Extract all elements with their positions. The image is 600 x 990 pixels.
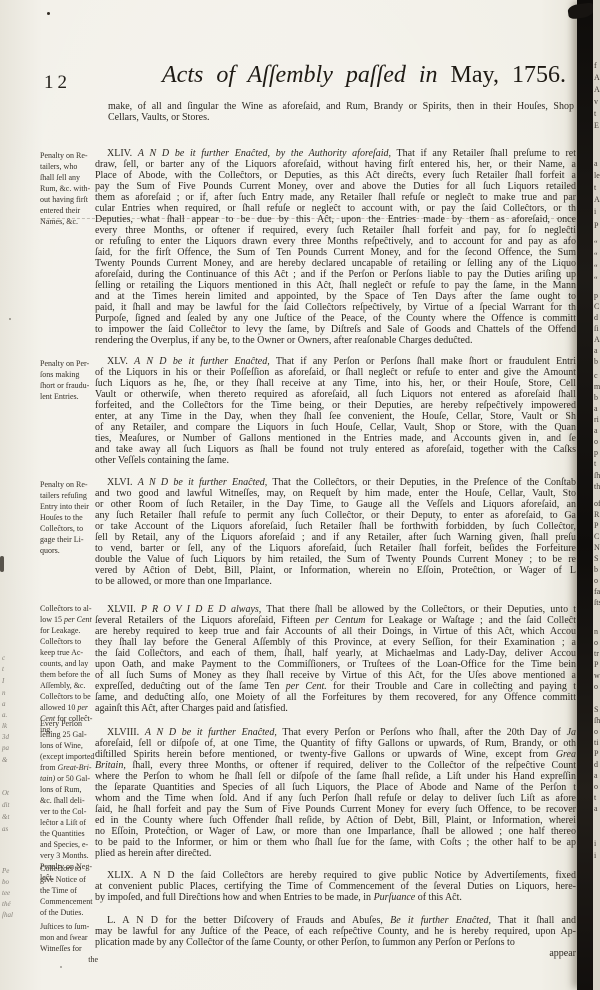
facing-page-text-fragment: p — [594, 292, 598, 300]
facing-page-text-fragment: “ — [594, 276, 598, 284]
facing-page-text-fragment: ſh — [594, 472, 600, 480]
margin-note-XLVII: Colleĉtors to al-low 15 per Centfor Leak… — [40, 603, 98, 735]
scanned-page: 12 Acts of Aſſembly paſſed in May, 1756.… — [0, 0, 600, 990]
text-line: Purpoſe, ſigned and ſealed by any one Ju… — [95, 313, 576, 324]
ink-speck — [47, 12, 50, 15]
section-body-XLIV: XLIV. A N D be it further Enaĉted, by th… — [95, 148, 576, 346]
text-line: or refuſing to enter the Liquors drawn e… — [95, 236, 576, 247]
facing-page-text-fragment: ſts — [594, 599, 600, 607]
margin-note-line: counts, and lay — [40, 658, 98, 669]
text-line: draw, ſell, or barter any of the Liquors… — [95, 159, 576, 170]
margin-note-XLVIII: Every Perſonſelling 25 Gal-lons of Wine,… — [40, 718, 98, 883]
text-line: aforeſaid, during the Continuance of thi… — [95, 269, 576, 280]
bleedthrough-text-fragment: & — [2, 757, 7, 764]
margin-note-line: Witneſſes for — [40, 943, 98, 954]
facing-page-text-fragment: N — [594, 544, 600, 552]
bleedthrough-text-fragment: Ot — [2, 790, 9, 797]
margin-note-line: ſelling 25 Gal- — [40, 729, 98, 740]
text-line: ſaid, for the firſt Offence, the Sum of … — [95, 247, 576, 258]
text-line: ſelling or retailing the Liquors mention… — [95, 280, 576, 291]
facing-page-text-fragment: S — [594, 555, 598, 563]
text-line: Cellars, Vaults, or Stores. — [108, 112, 574, 123]
text-line: any ſuch Retailer ſhall refuſe to permit… — [95, 510, 576, 521]
bleedthrough-text-fragment: Pe — [2, 868, 9, 875]
facing-page-text-fragment: “ — [594, 264, 598, 272]
margin-note-line: Rum, &c. with- — [40, 183, 98, 194]
facing-page-text-fragment: “ — [594, 252, 598, 260]
margin-note-line: them before the — [40, 669, 98, 680]
bleedthrough-text-fragment: a. — [2, 712, 7, 719]
text-line: may be lawful for any Juſtice of the Pea… — [95, 926, 576, 937]
text-line: of the Liquors in his or their Poſſeſſio… — [95, 367, 576, 378]
bleedthrough-text-fragment: tee — [2, 890, 10, 897]
text-line: L. A N D for the better Diſcovery of Fra… — [95, 915, 576, 926]
text-line: to be paid to the Informer, or him or th… — [95, 837, 576, 848]
bleedthrough-text-fragment: lk — [2, 723, 7, 730]
text-line: whom and the Time when ſold. And if any … — [95, 793, 576, 804]
facing-page-text-fragment: le — [594, 172, 600, 180]
facing-page-text-fragment: A — [594, 336, 600, 344]
margin-note-line: Penalty on Re- — [40, 479, 98, 490]
intro-paragraph: make, of all and ſingular the Wine as af… — [108, 101, 574, 123]
text-line: and at the Times herein limited and appo… — [95, 291, 576, 302]
facing-page-text-fragment: b — [594, 566, 598, 574]
margin-note-line: ver to the Col- — [40, 806, 98, 817]
margin-note-XLIV: Penalty on Re-tailers, whoſhall ſell any… — [40, 150, 98, 227]
facing-page-text-fragment: o — [594, 728, 598, 736]
margin-note-line: lons of Wine, — [40, 740, 98, 751]
bleedthrough-text-fragment: n — [2, 690, 6, 697]
facing-page-text-fragment: C — [594, 533, 599, 541]
margin-note-line: Colleĉtors to — [40, 863, 98, 874]
margin-note-line: of the Duties. — [40, 907, 98, 918]
text-line: ties, Meaſures, or Number of Gallons men… — [95, 433, 576, 444]
facing-page-text-fragment: c — [594, 372, 598, 380]
text-line: ſeveral Retailers of the Liquors aforeſa… — [95, 615, 576, 626]
bleedthrough-text-fragment: pa — [2, 745, 9, 752]
text-line: of any Retailer, and compare the Liquors… — [95, 422, 576, 433]
text-line: cular Entries when required, or ſhall re… — [95, 203, 576, 214]
facing-page-text-fragment: b — [594, 358, 598, 366]
text-line: ſuch Liquors as he, ſhe, or they ſhall r… — [95, 378, 576, 389]
page-title-italic: Acts of Aſſembly paſſed in — [162, 62, 438, 88]
facing-page-text-fragment: A — [594, 74, 600, 82]
facing-page-text-fragment: A — [594, 196, 600, 204]
facing-page-text-fragment: a — [594, 160, 598, 168]
facing-page-text-fragment: i — [594, 840, 596, 848]
page-title: Acts of Aſſembly paſſed in May, 1756. — [162, 62, 566, 89]
facing-page-text-fragment: b — [594, 394, 598, 402]
bleedthrough-text-fragment: a — [2, 701, 6, 708]
margin-note-line: lent Entries. — [40, 391, 98, 402]
bleedthrough-text-fragment: dit — [2, 802, 9, 809]
text-line: every three Months, or oftener if requir… — [95, 225, 576, 236]
text-line: XLV. A N D be it further Enaĉted, That i… — [95, 356, 576, 367]
margin-note-line: gage their Li- — [40, 534, 98, 545]
bleedthrough-text-fragment: c — [2, 655, 5, 662]
margin-note-line: keep true Ac- — [40, 647, 98, 658]
facing-page-text-fragment: ri — [594, 416, 599, 424]
text-line: or other Room of ſuch Retailer, in the D… — [95, 499, 576, 510]
section-body-XLVI: XLVI. A N D be it further Enaĉted, That … — [95, 477, 576, 587]
margin-note-line: Colleĉtors to be — [40, 691, 98, 702]
bleedthrough-text-fragment: t — [2, 666, 4, 673]
facing-page-text-fragment: p — [594, 449, 598, 457]
facing-page-text-fragment: A — [594, 86, 600, 94]
section-body-XLIX: XLIX. A N D the ſaid Colleĉtors are here… — [95, 870, 576, 903]
facing-page-text-fragment: C — [594, 303, 599, 311]
catchword: appear — [95, 948, 576, 959]
text-line: Deputies, what ſhall appear to be due by… — [95, 214, 576, 225]
text-line: them as aforeſaid ; or if, after ſuch En… — [95, 192, 576, 203]
margin-note-line: tailers refuſing — [40, 490, 98, 501]
margin-note-line: lons of Rum, — [40, 784, 98, 795]
facing-page-text-fragment: a — [594, 805, 598, 813]
section-body-XLV: XLV. A N D be it further Enaĉted, That i… — [95, 356, 576, 466]
margin-note-line: ſhall ſell any — [40, 172, 98, 183]
margin-note-line: Penalty on Per- — [40, 358, 98, 369]
facing-page-text-fragment: a — [594, 772, 598, 780]
margin-catchword: the — [40, 954, 98, 965]
facing-page-text-fragment: d — [594, 314, 598, 322]
margin-note-line: Colleĉtors, to — [40, 523, 98, 534]
section-body-L: L. A N D for the better Diſcovery of Fra… — [95, 915, 576, 959]
book-gutter-shadow — [577, 0, 593, 990]
text-line: by impoſed, and full Direĉtions how and … — [95, 892, 576, 903]
facing-page-text-fragment: o — [594, 639, 598, 647]
text-line: make, of all and ſingular the Wine as af… — [108, 101, 574, 112]
text-line: to be allowed, or more than one Imparlan… — [95, 576, 576, 587]
text-line: to impower the ſaid Colleĉtor to levy th… — [95, 324, 576, 335]
facing-page-text-fragment: P — [594, 661, 598, 669]
margin-note-line: Entry into their — [40, 501, 98, 512]
facing-page-text-fragment: w — [594, 672, 600, 680]
bleedthrough-text-fragment: 3d — [2, 734, 9, 741]
facing-page-text-fragment: tr — [594, 650, 599, 658]
margin-note-line: Penalty on Re- — [40, 150, 98, 161]
text-line: ed in the County where ſuch Offender ſha… — [95, 815, 576, 826]
text-line: XLVI. A N D be it further Enaĉted, That … — [95, 477, 576, 488]
margin-note-line: &c. ſhall deli- — [40, 795, 98, 806]
facing-page-text-fragment: n — [594, 628, 598, 636]
margin-note-L: Juſtices to ſum-mon and ſwearWitneſſes f… — [40, 921, 98, 965]
text-line: pay the Sum of Five Pounds Current Money… — [95, 181, 576, 192]
margin-note-line: low 15 per Cent — [40, 614, 98, 625]
margin-note-line: mon and ſwear — [40, 932, 98, 943]
facing-page-text-fragment: E — [594, 122, 599, 130]
bleedthrough-text-fragment: thé — [2, 901, 11, 908]
facing-page-text-fragment: ti — [594, 739, 598, 747]
text-line: no Eſſoin, Proteĉtion, or Wager of Law, … — [95, 826, 576, 837]
margin-note-line: the Quantities — [40, 828, 98, 839]
margin-note-XLVI: Penalty on Re-tailers refuſingEntry into… — [40, 479, 98, 556]
margin-note-line: and Species, e- — [40, 839, 98, 850]
text-line: other Veſſels containing the ſame. — [95, 455, 576, 466]
bleedthrough-text-fragment: I — [2, 678, 4, 685]
facing-page-text-fragment: m — [594, 383, 600, 391]
facing-page-text-fragment: S — [594, 706, 598, 714]
bleedthrough-text-fragment: ſhal — [2, 912, 13, 919]
text-line: upon Oath, and make Payment to the Commi… — [95, 659, 576, 670]
text-line: paid, it ſhall and may be lawful for the… — [95, 302, 576, 313]
text-line: againſt this Aĉt, after Charges paid and… — [95, 703, 576, 714]
text-line: rendering the Overplus, if any be, to th… — [95, 335, 576, 346]
margin-note-XLV: Penalty on Per-ſons makingſhort or fraud… — [40, 358, 98, 402]
margin-note-line: Aſſembly, &c. — [40, 680, 98, 691]
section-body-XLVII: XLVII. P R O V I D E D always, That ther… — [95, 604, 576, 714]
text-line: XLIX. A N D the ſaid Colleĉtors are here… — [95, 870, 576, 881]
facing-page-text-fragment: P — [594, 750, 598, 758]
facing-page-text-fragment: t — [594, 794, 596, 802]
bleedthrough-text-fragment: bo — [2, 879, 9, 886]
facing-page-text-fragment: o — [594, 577, 598, 585]
margin-note-line: very 3 Months. — [40, 850, 98, 861]
text-line: Place of Abode, with the Colleĉtors, or … — [95, 170, 576, 181]
margin-note-line: tain) or 50 Gal- — [40, 773, 98, 784]
margin-note-line: from Great-Bri- — [40, 762, 98, 773]
text-line: at convenient public Places, certifying … — [95, 881, 576, 892]
facing-page-text-fragment: o — [594, 783, 598, 791]
margin-note-line: give Notice of — [40, 874, 98, 885]
text-line: and two good and lawful Witneſſes, may, … — [95, 488, 576, 499]
text-line: double the Value of ſuch Liquors by him … — [95, 554, 576, 565]
margin-note-line: (except imported — [40, 751, 98, 762]
text-line: or take Account of the Liquors aforeſaid… — [95, 521, 576, 532]
facing-page-text-fragment: a — [594, 427, 598, 435]
text-line: where the Perſon to whom he ſhall ſell o… — [95, 771, 576, 782]
text-line: aforeſaid, ſell or diſpoſe of, at one Ti… — [95, 738, 576, 749]
facing-page-text-fragment: o — [594, 683, 598, 691]
facing-page-text-fragment: a — [594, 347, 598, 355]
margin-note-line: for Leakage. — [40, 625, 98, 636]
text-line: Vault or otherwiſe, when thereto require… — [95, 389, 576, 400]
left-edge-bleedthrough: ctInaa.lk3dpa&Otdit&tasPeboteethéſhal — [0, 0, 30, 990]
margin-note-line: entered their — [40, 205, 98, 216]
text-line: of all ſuch Sums of Money as they ſhall … — [95, 670, 576, 681]
margin-note-line: Colleĉtors to — [40, 636, 98, 647]
margin-note-line: Houſes to the — [40, 512, 98, 523]
paper-crease — [42, 218, 574, 219]
text-line: ſaid, he ſhall forfeit and pay the Sum o… — [95, 804, 576, 815]
margin-note-line: Juſtices to ſum- — [40, 921, 98, 932]
text-line: XLVII. P R O V I D E D always, That ther… — [95, 604, 576, 615]
facing-page-text-fragment: ſi — [594, 325, 598, 333]
text-line: they ſhall lay before the General Aſſemb… — [95, 637, 576, 648]
margin-note-line: Colleĉtors to al- — [40, 603, 98, 614]
facing-page-text-fragment: t — [594, 460, 596, 468]
text-line: the ſaid Colleĉtors, and each of them, ſ… — [95, 648, 576, 659]
text-line: XLVIII. A N D be it further Enaĉted, Tha… — [95, 727, 576, 738]
bleedthrough-text-fragment: as — [2, 826, 8, 833]
facing-page-text-fragment: v — [594, 98, 598, 106]
ink-speck — [60, 966, 62, 968]
text-line: vered by Aĉtion of Debt, Bill, Plaint, o… — [95, 565, 576, 576]
text-line: Twenty Pounds Current Money, and are her… — [95, 258, 576, 269]
margin-note-line: leĉtor a Liſt of — [40, 817, 98, 828]
margin-note-line: ſhort or fraudu- — [40, 380, 98, 391]
margin-note-line: tailers, who — [40, 161, 98, 172]
text-line: forfeited, and the Colleĉtors for the Ti… — [95, 400, 576, 411]
facing-page-text-fragment: of — [594, 500, 600, 508]
facing-page-text-fragment: th — [594, 483, 600, 491]
facing-page-text-fragment: P — [594, 222, 598, 230]
facing-page-text-fragment: t — [594, 184, 596, 192]
text-line: and take away all ſuch Liquors as ſhall … — [95, 444, 576, 455]
facing-page-text-fragment: a — [594, 405, 598, 413]
margin-note-line: Every Perſon — [40, 718, 98, 729]
text-line: plication made by any Colleĉtor of the ſ… — [95, 937, 576, 948]
text-line: the ſeparate Quantities and Species of a… — [95, 782, 576, 793]
facing-page-edge: fAAvtEaletAiP““““pCdſiAabcmbariaoptſhtho… — [593, 0, 600, 990]
page-header: 12 Acts of Aſſembly paſſed in May, 1756. — [0, 62, 576, 102]
margin-note-line: allowed 10 per — [40, 702, 98, 713]
margin-note-line: out having firſt — [40, 194, 98, 205]
text-line: plied as herein after direĉted. — [95, 848, 576, 859]
section-body-XLVIII: XLVIII. A N D be it further Enaĉted, Tha… — [95, 727, 576, 859]
margin-note-line: quors. — [40, 545, 98, 556]
facing-page-text-fragment: ſh — [594, 717, 600, 725]
page-number: 12 — [44, 72, 71, 94]
text-line: Britain, ſhall, every three Months, or o… — [95, 760, 576, 771]
text-line: XLIV. A N D be it further Enaĉted, by th… — [95, 148, 576, 159]
facing-page-text-fragment: “ — [594, 240, 598, 248]
facing-page-text-fragment: o — [594, 438, 598, 446]
text-line: diſtilled Spirits herein before mentione… — [95, 749, 576, 760]
text-line: are hereby required to keep true and fai… — [95, 626, 576, 637]
page-title-roman: May, 1756. — [451, 62, 566, 88]
facing-page-text-fragment: i — [594, 852, 596, 860]
facing-page-text-fragment: t — [594, 110, 596, 118]
text-line: enter, at any Time in the Day, when they… — [95, 411, 576, 422]
bleedthrough-text-fragment: &t — [2, 814, 9, 821]
facing-page-text-fragment: d — [594, 761, 598, 769]
facing-page-text-fragment: fa — [594, 588, 600, 596]
text-line: ſell by Retail, any of the Liquors afore… — [95, 532, 576, 543]
margin-note-XLIX: Colleĉtors togive Notice ofthe Time ofCo… — [40, 863, 98, 918]
margin-note-line: the Time of — [40, 885, 98, 896]
facing-page-text-fragment: f — [594, 62, 597, 70]
margin-note-line: ſons making — [40, 369, 98, 380]
margin-note-line: Commencement — [40, 896, 98, 907]
facing-page-text-fragment: R — [594, 511, 599, 519]
text-line: expreſſed, deduĉting out of the ſame Ten… — [95, 681, 576, 692]
text-line: to vend, barter or ſell, any of the Liqu… — [95, 543, 576, 554]
text-line: ſame, and deduĉting alſo, one Moiety of … — [95, 692, 576, 703]
facing-page-text-fragment: i — [594, 208, 596, 216]
facing-page-text-fragment: P — [594, 522, 598, 530]
